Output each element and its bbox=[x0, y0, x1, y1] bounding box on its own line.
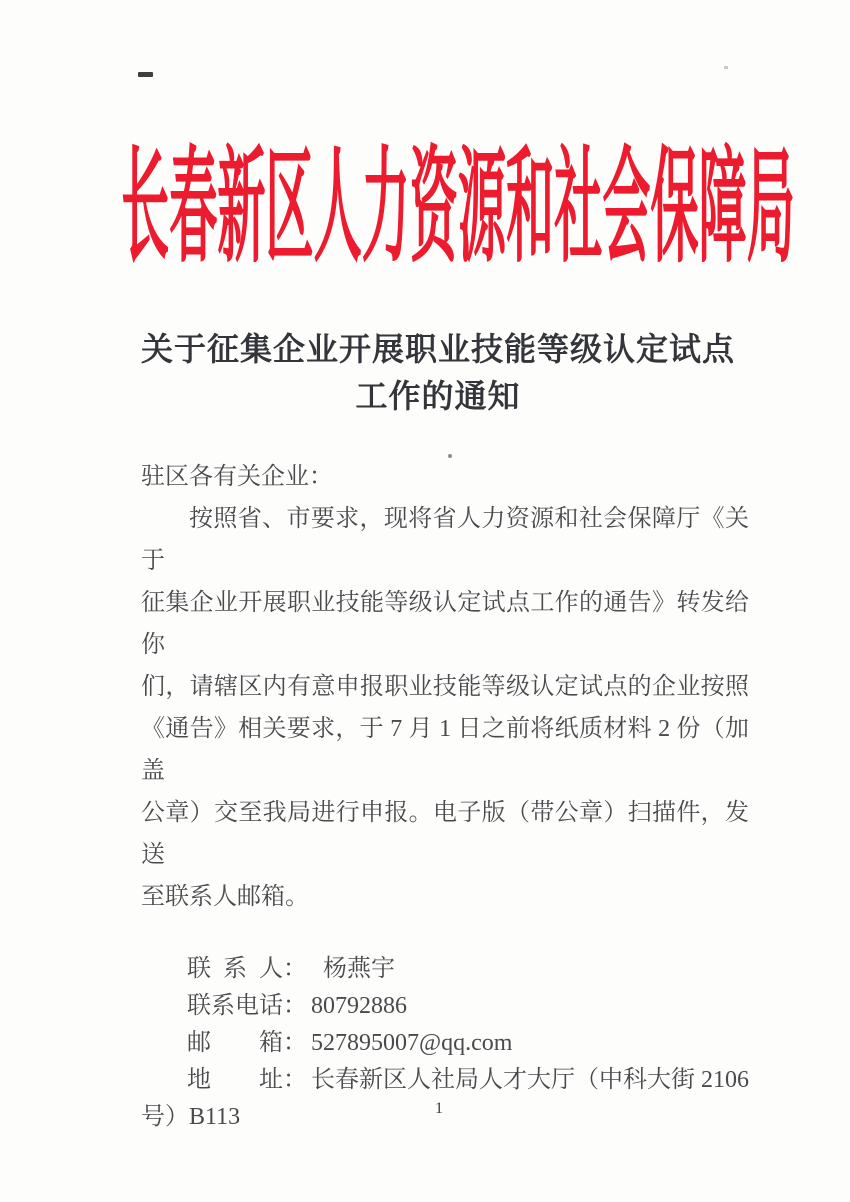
contact-address-row: 地址：长春新区人社局人才大厅（中科大街 2106 bbox=[141, 1062, 749, 1099]
paragraph-line: 《通告》相关要求，于 7 月 1 日之前将纸质材料 2 份（加盖 bbox=[141, 708, 749, 792]
contact-phone-value: 80792886 bbox=[307, 993, 407, 1019]
contact-email-label: 邮箱 bbox=[187, 1025, 283, 1062]
contact-colon: ： bbox=[283, 1025, 307, 1062]
letterhead-agency-name: 长春新区人力资源和社会保障局 bbox=[121, 147, 795, 272]
contact-person-label: 联系人 bbox=[187, 951, 283, 988]
contact-phone-row: 联系电话：80792886 bbox=[141, 988, 749, 1025]
contact-address-label: 地址 bbox=[187, 1062, 283, 1099]
scan-artifact-speck bbox=[724, 66, 728, 69]
paragraph-line: 至联系人邮箱。 bbox=[141, 876, 749, 918]
salutation: 驻区各有关企业： bbox=[141, 456, 749, 498]
document-title: 关于征集企业开展职业技能等级认定试点 工作的通知 bbox=[13, 326, 850, 420]
page-number: 1 bbox=[14, 1100, 850, 1118]
paragraph-line: 公章）交至我局进行申报。电子版（带公章）扫描件，发送 bbox=[141, 792, 749, 876]
paragraph-line: 们，请辖区内有意申报职业技能等级认定试点的企业按照 bbox=[141, 666, 749, 708]
contact-colon: ： bbox=[283, 1062, 307, 1099]
contact-email-value: 527895007@qq.com bbox=[307, 1030, 512, 1056]
letterhead-banner: 长春新区人力资源和社会保障局 bbox=[0, 148, 850, 270]
document-body: 驻区各有关企业： 按照省、市要求，现将省人力资源和社会保障厅《关于 征集企业开展… bbox=[141, 456, 749, 1136]
document-page: 长春新区人力资源和社会保障局 关于征集企业开展职业技能等级认定试点 工作的通知 … bbox=[0, 0, 850, 1202]
document-title-line1: 关于征集企业开展职业技能等级认定试点 bbox=[13, 326, 850, 373]
contact-person-row: 联系人：杨燕宇 bbox=[141, 951, 749, 988]
contact-email-row: 邮箱：527895007@qq.com bbox=[141, 1025, 749, 1062]
paragraph-line: 征集企业开展职业技能等级认定试点工作的通告》转发给你 bbox=[141, 582, 749, 666]
contact-colon: ： bbox=[283, 951, 307, 988]
contact-colon: ： bbox=[283, 988, 307, 1025]
contact-phone-label: 联系电话 bbox=[187, 988, 283, 1025]
scan-artifact-dash bbox=[138, 72, 153, 77]
contact-address-value: 长春新区人社局人才大厅（中科大街 2106 bbox=[307, 1067, 749, 1093]
contact-person-value: 杨燕宇 bbox=[307, 956, 395, 982]
document-title-line2: 工作的通知 bbox=[13, 373, 850, 420]
paragraph-line: 按照省、市要求，现将省人力资源和社会保障厅《关于 bbox=[141, 498, 749, 582]
